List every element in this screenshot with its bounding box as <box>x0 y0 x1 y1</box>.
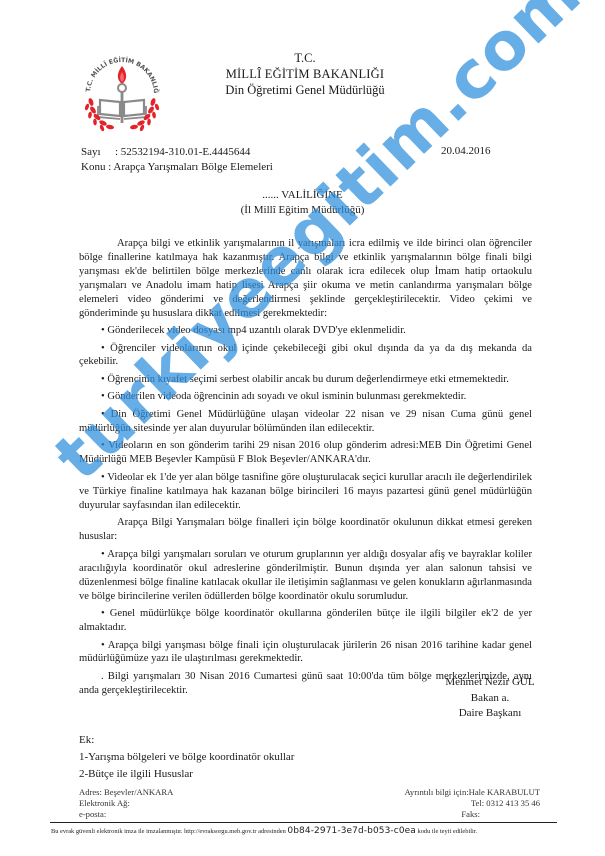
signer-title-1: Bakan a. <box>430 691 550 707</box>
addressee-line1: ...... VALİLİĞİNE <box>0 188 605 203</box>
konu-row: Konu : Arapça Yarışmaları Bölge Elemeler… <box>81 160 273 175</box>
letterhead: T.C. MİLLÎ EĞİTİM BAKANLIĞI Din Öğretimi… <box>180 50 430 98</box>
document-meta: Sayı: 52532194-310.01-E.4445644 Konu : A… <box>81 145 273 175</box>
sayi-row: Sayı: 52532194-310.01-E.4445644 <box>81 145 273 160</box>
header-department: Din Öğretimi Genel Müdürlüğü <box>180 82 430 98</box>
attachments: Ek: 1-Yarışma bölgeleri ve bölge koordin… <box>79 732 294 783</box>
video-bullet: • Videolar ek 1'de yer alan bölge tasnif… <box>79 471 532 513</box>
ministry-emblem-icon: T.C. MİLLÎ EĞİTİM BAKANLIĞI <box>76 44 168 136</box>
attachments-label: Ek: <box>79 732 294 749</box>
header-tc: T.C. <box>180 50 430 66</box>
footer-address-block: Adres: Beşevler/ANKARA Elektronik Ağ: e-… <box>79 787 173 820</box>
verify-suffix: kodu ile teyit edilebilir. <box>418 828 478 835</box>
video-bullet: • Din Öğretimi Genel Müdürlüğüne ulaşan … <box>79 408 532 436</box>
signature-block: Mehmet Nezir GÜL Bakan a. Daire Başkanı <box>430 675 550 722</box>
attachment-item: 2-Bütçe ile ilgili Hususlar <box>79 766 294 783</box>
header-ministry: MİLLÎ EĞİTİM BAKANLIĞI <box>180 66 430 82</box>
footer-network: Elektronik Ağ: <box>79 798 173 809</box>
footer-email: e-posta: <box>79 809 173 820</box>
sayi-value: : 52532194-310.01-E.4445644 <box>115 146 250 158</box>
letter-body: Arapça bilgi ve etkinlik yarışmalarının … <box>79 237 532 698</box>
ministry-logo: T.C. MİLLÎ EĞİTİM BAKANLIĞI <box>76 44 168 136</box>
video-bullet: • Gönderilecek video dosyası mp4 uzantıl… <box>79 324 532 338</box>
footer-divider <box>50 822 557 823</box>
verification-line: Bu evrak güvenli elektronik imza ile imz… <box>51 826 561 837</box>
verify-prefix: Bu evrak güvenli elektronik imza ile imz… <box>51 828 286 835</box>
signer-title-2: Daire Başkanı <box>430 706 550 722</box>
coordinator-bullet: • Arapça bilgi yarışmaları soruları ve o… <box>79 548 532 604</box>
video-bullet: • Öğrenciler videolarının okul içinde çe… <box>79 342 532 370</box>
footer-contact-block: Ayrıntılı bilgi için:Hale KARABULUT Tel:… <box>380 787 540 820</box>
sayi-label: Sayı <box>81 145 115 160</box>
video-bullet: • Videoların en son gönderim tarihi 29 n… <box>79 439 532 467</box>
signer-name: Mehmet Nezir GÜL <box>430 675 550 691</box>
addressee-line2: (İl Millî Eğitim Müdürlüğü) <box>0 203 605 218</box>
video-bullet: • Gönderilen videoda öğrencinin adı soya… <box>79 390 532 404</box>
footer-address: Adres: Beşevler/ANKARA <box>79 787 173 798</box>
coordinator-intro: Arapça Bilgi Yarışmaları bölge finalleri… <box>79 516 532 544</box>
document-date: 20.04.2016 <box>441 145 491 157</box>
konu-value: : Arapça Yarışmaları Bölge Elemeleri <box>108 161 273 173</box>
video-bullet: • Öğrencinin kıyafet seçimi serbest olab… <box>79 373 532 387</box>
footer-phone: Tel: 0312 413 35 46 <box>380 798 540 809</box>
addressee: ...... VALİLİĞİNE (İl Millî Eğitim Müdür… <box>0 188 605 218</box>
coordinator-bullet: • Arapça bilgi yarışması bölge finali iç… <box>79 639 532 667</box>
konu-label: Konu <box>81 161 105 173</box>
footer-contact: Ayrıntılı bilgi için:Hale KARABULUT <box>380 787 540 798</box>
footer-fax: Faks: <box>380 809 540 820</box>
intro-paragraph: Arapça bilgi ve etkinlik yarışmalarının … <box>79 237 532 320</box>
attachment-item: 1-Yarışma bölgeleri ve bölge koordinatör… <box>79 749 294 766</box>
verify-code: 0b84-2971-3e7d-b053-c0ea <box>287 826 416 836</box>
coordinator-bullet: • Genel müdürlükçe bölge koordinatör oku… <box>79 607 532 635</box>
